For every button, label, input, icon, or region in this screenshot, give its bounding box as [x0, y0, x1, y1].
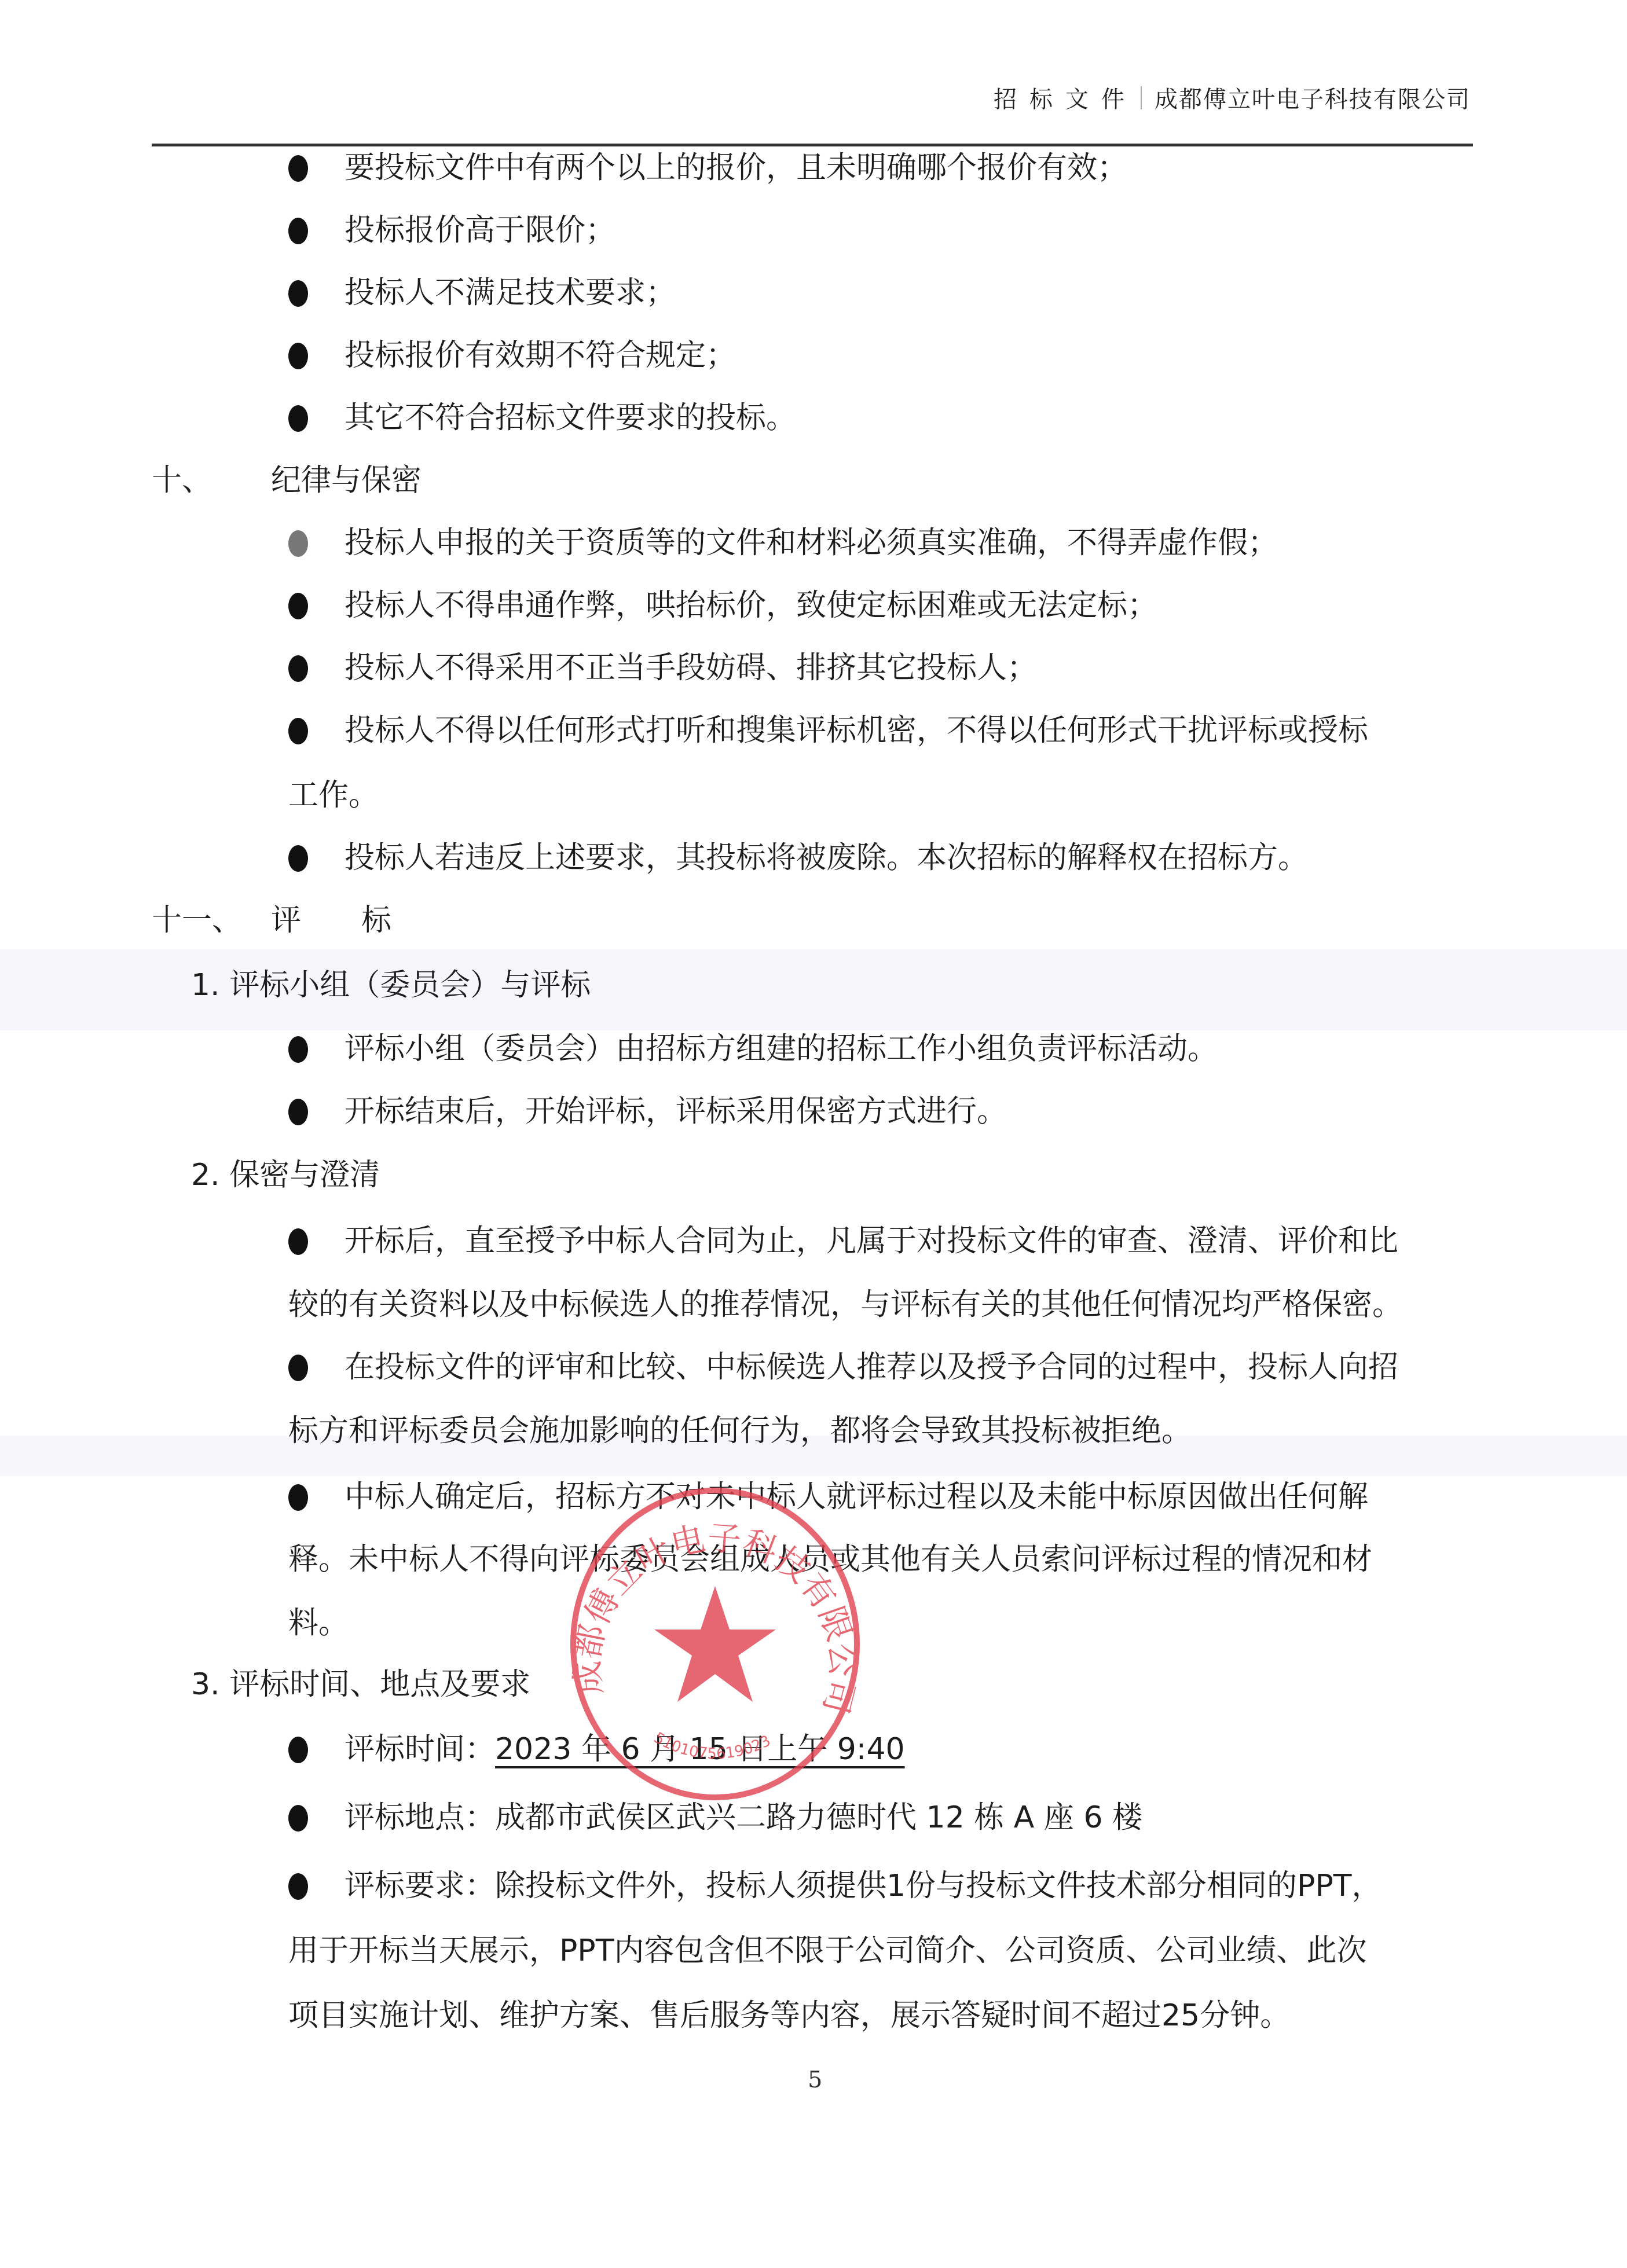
bullet-icon: [288, 718, 308, 744]
list-item: 投标人不满足技术要求；: [345, 276, 676, 310]
list-item: 投标报价有效期不符合规定；: [345, 338, 736, 373]
section-title: 评 标: [271, 903, 391, 938]
eval-time-label: 评标时间：: [345, 1732, 495, 1767]
eval-time: 评标时间：2023 年 6 月 15 日上午 9:40: [345, 1732, 905, 1767]
list-item: 评标小组（委员会）由招标方组建的招标工作小组负责评标活动。: [345, 1032, 1218, 1066]
header-doc-type: 招标文件: [994, 81, 1137, 114]
header-rule: [152, 144, 1473, 146]
list-item: 中标人确定后，招标方不对未中标人就评标过程以及未能中标原因做出任何解: [345, 1480, 1368, 1514]
page-header: 招标文件 成都傅立叶电子科技有限公司: [994, 81, 1471, 114]
bullet-icon: [288, 845, 308, 872]
bullet-icon: [288, 1484, 308, 1511]
list-item: 投标人不得采用不正当手段妨碍、排挤其它投标人；: [345, 651, 1037, 685]
list-item-continuation: 较的有关资料以及中标候选人的推荐情况，与评标有关的其他任何情况均严格保密。: [288, 1287, 1402, 1322]
bullet-icon: [288, 655, 308, 682]
list-item-continuation: 项目实施计划、维护方案、售后服务等内容，展示答疑时间不超过25分钟。: [288, 1998, 1290, 2033]
list-item: 其它不符合招标文件要求的投标。: [345, 401, 796, 435]
bullet-icon: [288, 405, 308, 432]
subsection-title: 3. 评标时间、地点及要求: [191, 1667, 530, 1702]
list-item: 投标人若违反上述要求，其投标将被废除。本次招标的解释权在招标方。: [345, 841, 1308, 875]
header-company: 成都傅立叶电子科技有限公司: [1155, 81, 1471, 114]
bullet-icon: [288, 1355, 308, 1381]
page-number: 5: [808, 2067, 822, 2093]
list-item: 评标要求：除投标文件外，投标人须提供1份与投标文件技术部分相同的PPT，: [345, 1869, 1382, 1903]
eval-time-value: 2023 年 6 月 15 日上午 9:40: [495, 1732, 905, 1767]
bullet-icon: [288, 1873, 308, 1900]
bullet-icon: [288, 155, 308, 182]
bullet-icon: [288, 280, 308, 307]
list-item: 开标结束后，开始评标，评标采用保密方式进行。: [345, 1094, 1007, 1129]
list-item-continuation: 释。未中标人不得向评标委员会组成人员或其他有关人员索问评标过程的情况和材: [288, 1542, 1372, 1577]
bullet-icon: [288, 343, 308, 369]
list-item: 投标人申报的关于资质等的文件和材料必须真实准确，不得弄虚作假；: [345, 526, 1278, 560]
bullet-icon: [288, 593, 308, 619]
subsection-title: 2. 保密与澄清: [191, 1158, 380, 1192]
section-number: 十一、: [152, 903, 242, 938]
list-item: 投标报价高于限价；: [345, 213, 615, 248]
section-number: 十、: [152, 463, 212, 498]
eval-place: 评标地点：成都市武侯区武兴二路力德时代 12 栋 A 座 6 楼: [345, 1800, 1142, 1835]
list-item: 在投标文件的评审和比较、中标候选人推荐以及授予合同的过程中，投标人向招: [345, 1350, 1398, 1385]
list-item: 开标后，直至授予中标人合同为止，凡属于对投标文件的审查、澄清、评价和比: [345, 1224, 1398, 1258]
list-item-continuation: 标方和评标委员会施加影响的任何行为，都将会导致其投标被拒绝。: [288, 1414, 1192, 1448]
list-item: 投标人不得以任何形式打听和搜集评标机密，不得以任何形式干扰评标或授标: [345, 713, 1368, 748]
list-item-continuation: 料。: [288, 1606, 349, 1641]
list-item-continuation: 用于开标当天展示，PPT内容包含但不限于公司简介、公司资质、公司业绩、此次: [288, 1933, 1366, 1968]
bullet-icon: [288, 1036, 308, 1063]
bullet-icon: [288, 530, 308, 557]
section-title: 纪律与保密: [271, 463, 422, 498]
eval-place-label: 评标地点：: [345, 1800, 495, 1835]
bullet-icon: [288, 218, 308, 244]
bullet-icon: [288, 1805, 308, 1832]
list-item: 投标人不得串通作弊，哄抬标价，致使定标困难或无法定标；: [345, 588, 1157, 623]
eval-place-value: 成都市武侯区武兴二路力德时代 12 栋 A 座 6 楼: [495, 1800, 1142, 1835]
header-separator: [1141, 86, 1142, 109]
bullet-icon: [288, 1228, 308, 1255]
subsection-title: 1. 评标小组（委员会）与评标: [191, 968, 591, 1003]
list-item-continuation: 工作。: [288, 778, 379, 813]
bullet-icon: [288, 1099, 308, 1125]
list-item: 要投标文件中有两个以上的报价，且未明确哪个报价有效；: [345, 151, 1127, 185]
bullet-icon: [288, 1737, 308, 1763]
